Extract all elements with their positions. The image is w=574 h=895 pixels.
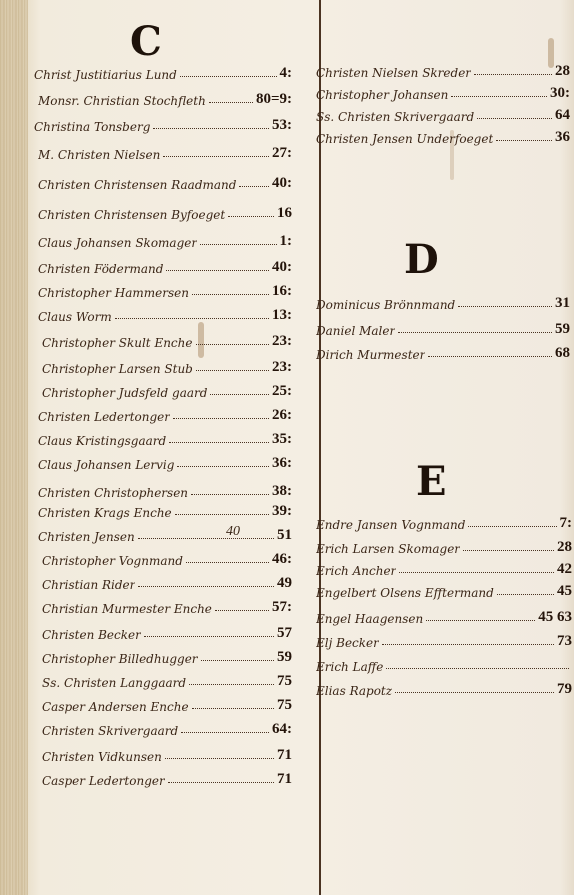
index-entry: Endre Jansen Vognmand7:	[316, 510, 572, 532]
index-entry: Christen Becker57	[42, 620, 292, 642]
margin-note: 40	[226, 524, 240, 540]
index-entry: Engel Haagensen45 63	[316, 604, 572, 626]
index-entry: Christopher Larsen Stub23:	[42, 354, 292, 376]
index-entry: Claus Johansen Lervig36:	[38, 450, 292, 472]
index-entry: Christen Christensen Byfoeget16	[38, 200, 292, 222]
index-entry: Christopher Vognmand46:	[42, 546, 292, 568]
index-entry: Monsr. Christian Stochfleth80=9:	[38, 86, 292, 108]
index-entry: Christen Jensen Underfoeget36	[316, 124, 570, 146]
index-entry: Christen Jensen51	[38, 522, 292, 544]
section-letter-e: E	[416, 462, 447, 502]
index-entry: Christen Krags Enche39:	[38, 498, 292, 520]
index-entry: Christen Skrivergaard64:	[42, 716, 292, 738]
index-entry: Christian Rider49	[42, 570, 292, 592]
book-spine-edge	[0, 0, 28, 895]
index-entry: Dominicus Brönnmand31	[316, 290, 570, 312]
index-entry: Christen Christophersen38:	[38, 478, 292, 500]
index-entry: Christian Murmester Enche57:	[42, 594, 292, 616]
index-entry: Daniel Maler59	[316, 316, 570, 338]
index-entry: Elias Rapotz79	[316, 676, 572, 698]
index-entry: Elj Becker73	[316, 628, 572, 650]
index-entry: Christopher Johansen30:	[316, 80, 570, 102]
index-entry: Claus Worm13:	[38, 302, 292, 324]
index-entry: Erich Ancher42	[316, 556, 572, 578]
index-entry: Christen Nielsen Skreder28	[316, 58, 570, 80]
index-entry: Claus Kristingsgaard35:	[38, 426, 292, 448]
index-entry: Christopher Skult Enche23:	[42, 328, 292, 350]
section-letter-c: C	[130, 22, 162, 62]
section-letter-d: D	[404, 240, 439, 280]
index-entry: Christina Tonsberg53:	[34, 112, 292, 134]
index-entry: Erich Laffe	[316, 652, 572, 674]
index-entry: Christen Vidkunsen71	[42, 742, 292, 764]
index-entry: M. Christen Nielsen27:	[38, 140, 292, 162]
index-entry: Christopher Hammersen16:	[38, 278, 292, 300]
index-entry: Ss. Christen Langgaard75	[42, 668, 292, 690]
index-entry: Christopher Judsfeld gaard25:	[42, 378, 292, 400]
index-entry: Casper Ledertonger71	[42, 766, 292, 788]
index-entry: Dirich Murmester68	[316, 340, 570, 362]
index-entry: Christopher Billedhugger59	[42, 644, 292, 666]
index-entry: Christ Justitiarius Lund4:	[34, 60, 292, 82]
index-entry: Christen Ledertonger26:	[38, 402, 292, 424]
index-entry: Erich Larsen Skomager28	[316, 534, 572, 556]
index-entry: Christen Födermand40:	[38, 254, 292, 276]
index-entry: Ss. Christen Skrivergaard64	[316, 102, 570, 124]
index-entry: Claus Johansen Skomager1:	[38, 228, 292, 250]
index-entry: Casper Andersen Enche75	[42, 692, 292, 714]
index-entry: Engelbert Olsens Efftermand45	[316, 578, 572, 600]
index-entry: Christen Christensen Raadmand40:	[38, 170, 292, 192]
manuscript-page: C Christ Justitiarius Lund4: Monsr. Chri…	[0, 0, 574, 895]
